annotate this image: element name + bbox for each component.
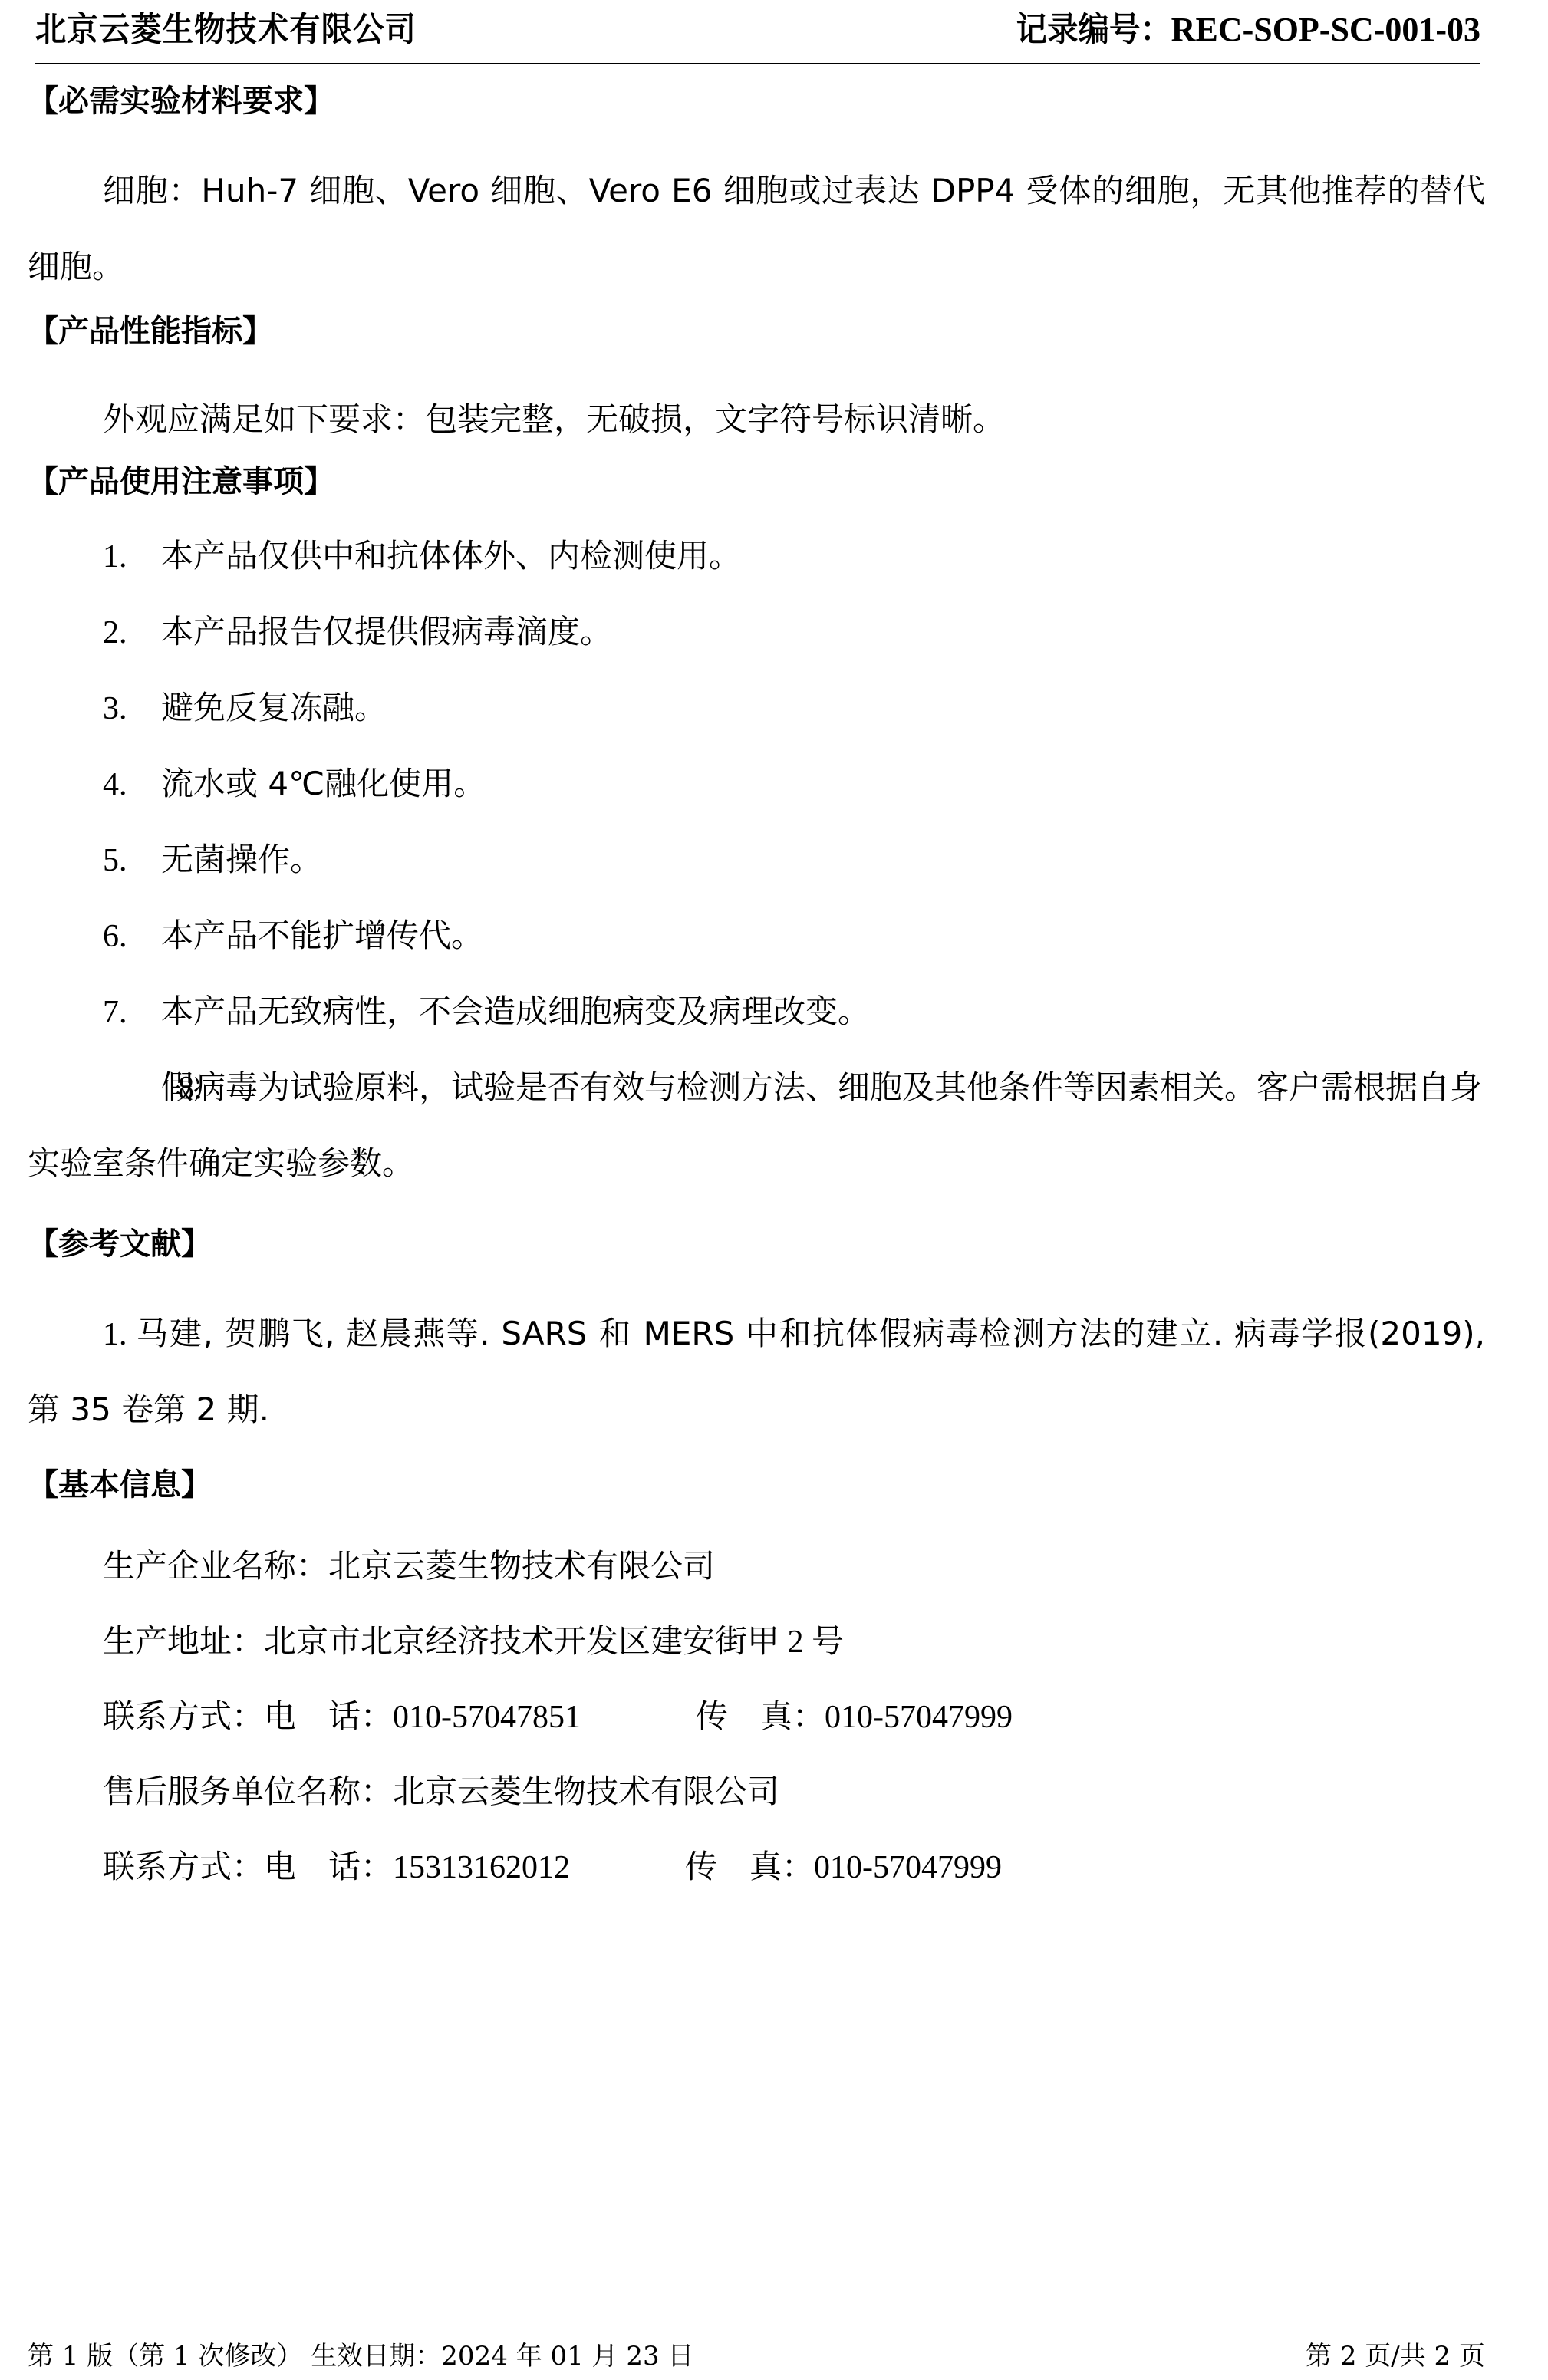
- service-row: 售后服务单位名称：北京云菱生物技术有限公司: [28, 1755, 1485, 1830]
- list-item: 5.无菌操作。: [28, 822, 1485, 898]
- fax-value: 010-57047999: [825, 1700, 1013, 1735]
- manufacturer-value: 北京云菱生物技术有限公司: [328, 1549, 715, 1585]
- precautions-list: 1.本产品仅供中和抗体体外、内检测使用。 2.本产品报告仅提供假病毒滴度。 3.…: [28, 518, 1485, 1202]
- list-item: 1.本产品仅供中和抗体体外、内检测使用。: [28, 518, 1485, 594]
- section-title-performance: 【产品性能指标】: [28, 313, 273, 350]
- footer-version: 第 1 版（第 1 次修改） 生效日期：2024 年 01 月 23 日: [28, 2341, 693, 2372]
- contact-row-1: 联系方式：电 话：010-57047851传 真：010-57047999: [28, 1680, 1485, 1755]
- phone-label: 电 话：: [264, 1850, 393, 1885]
- section-title-precautions: 【产品使用注意事项】: [28, 463, 334, 500]
- fax-label: 传 真：: [685, 1850, 814, 1885]
- references-list: 1. 马建, 贺鹏飞, 赵晨燕等. SARS 和 MERS 中和抗体假病毒检测方…: [28, 1296, 1485, 1448]
- address-value: 北京市北京经济技术开发区建安街甲 2 号: [264, 1625, 844, 1660]
- materials-text: 细胞：Huh-7 细胞、Vero 细胞、Vero E6 细胞或过表达 DPP4 …: [28, 153, 1485, 305]
- page-header: 北京云菱生物技术有限公司 记录编号：REC-SOP-SC-001-03: [35, 0, 1480, 64]
- basic-info-block: 生产企业名称：北京云菱生物技术有限公司 生产地址：北京市北京经济技术开发区建安街…: [28, 1529, 1485, 1905]
- address-row: 生产地址：北京市北京经济技术开发区建安街甲 2 号: [28, 1605, 1485, 1680]
- section-title-references: 【参考文献】: [28, 1226, 212, 1262]
- header-record-number: 记录编号：REC-SOP-SC-001-03: [1003, 11, 1480, 49]
- fax-label: 传 真：: [696, 1700, 825, 1735]
- service-value: 北京云菱生物技术有限公司: [393, 1775, 779, 1810]
- list-item: 2.本产品报告仅提供假病毒滴度。: [28, 594, 1485, 670]
- record-number-label: 记录编号：: [1016, 11, 1171, 49]
- list-item: 6.本产品不能扩增传代。: [28, 898, 1485, 974]
- record-number-value: REC-SOP-SC-001-03: [1171, 11, 1480, 48]
- reference-item: 1. 马建, 贺鹏飞, 赵晨燕等. SARS 和 MERS 中和抗体假病毒检测方…: [28, 1296, 1485, 1448]
- list-item: 4.流水或 4℃融化使用。: [28, 746, 1485, 822]
- contact-row-2: 联系方式：电 话：15313162012传 真：010-57047999: [28, 1830, 1485, 1905]
- manufacturer-row: 生产企业名称：北京云菱生物技术有限公司: [28, 1529, 1485, 1605]
- service-label: 售后服务单位名称：: [103, 1775, 393, 1810]
- address-label: 生产地址：: [103, 1625, 264, 1660]
- list-item: 7.本产品无致病性，不会造成细胞病变及病理改变。: [28, 974, 1485, 1050]
- list-item: 3.避免反复冻融。: [28, 670, 1485, 746]
- list-item: 8.假病毒为试验原料，试验是否有效与检测方法、细胞及其他条件等因素相关。客户需根…: [28, 1050, 1485, 1202]
- header-company-name: 北京云菱生物技术有限公司: [35, 11, 417, 49]
- performance-text: 外观应满足如下要求：包装完整，无破损，文字符号标识清晰。: [28, 382, 1485, 458]
- phone-label: 电 话：: [264, 1700, 393, 1735]
- phone-value: 15313162012: [393, 1850, 570, 1885]
- phone-value: 010-57047851: [393, 1700, 581, 1735]
- contact-label: 联系方式：: [103, 1700, 264, 1735]
- contact-label: 联系方式：: [103, 1850, 264, 1885]
- section-title-materials: 【必需实验材料要求】: [28, 83, 334, 120]
- fax-value: 010-57047999: [814, 1850, 1002, 1885]
- footer-page-number: 第 2 页/共 2 页: [1306, 2341, 1485, 2372]
- manufacturer-label: 生产企业名称：: [103, 1549, 328, 1585]
- section-title-basic-info: 【基本信息】: [28, 1467, 212, 1503]
